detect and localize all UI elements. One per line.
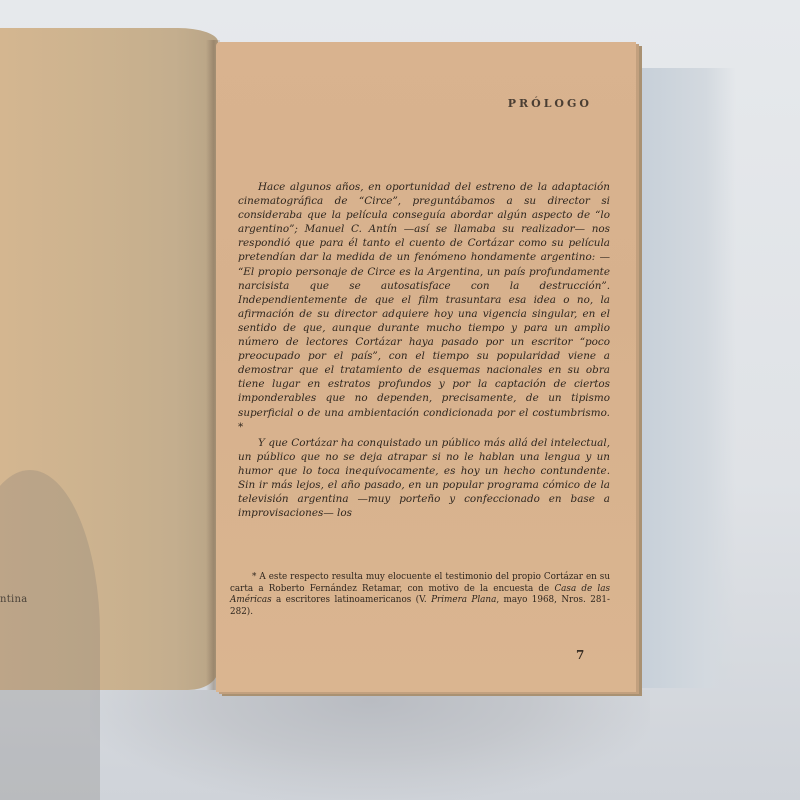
right-page: PRÓLOGO Hace algunos años, en oportunida… bbox=[216, 42, 636, 692]
paragraph-1: Hace algunos años, en oportunidad del es… bbox=[238, 180, 610, 434]
footnote-part-2: a escritores latinoamericanos (V. bbox=[272, 595, 432, 605]
body-text: Hace algunos años, en oportunidad del es… bbox=[238, 180, 610, 520]
footnote-title-primera-plana: Primera Plana bbox=[431, 595, 496, 605]
paragraph-2: Y que Cortázar ha conquistado un público… bbox=[238, 436, 610, 521]
page-shadow-right bbox=[636, 68, 736, 688]
footnote: * A este respecto resulta muy elocuente … bbox=[230, 572, 610, 618]
footnote-text: * A este respecto resulta muy elocuente … bbox=[230, 572, 610, 618]
page-number: 7 bbox=[576, 648, 584, 662]
footnote-part-1: * A este respecto resulta muy elocuente … bbox=[230, 572, 610, 594]
chapter-heading: PRÓLOGO bbox=[508, 97, 592, 110]
book-shadow-bottom bbox=[90, 690, 650, 800]
